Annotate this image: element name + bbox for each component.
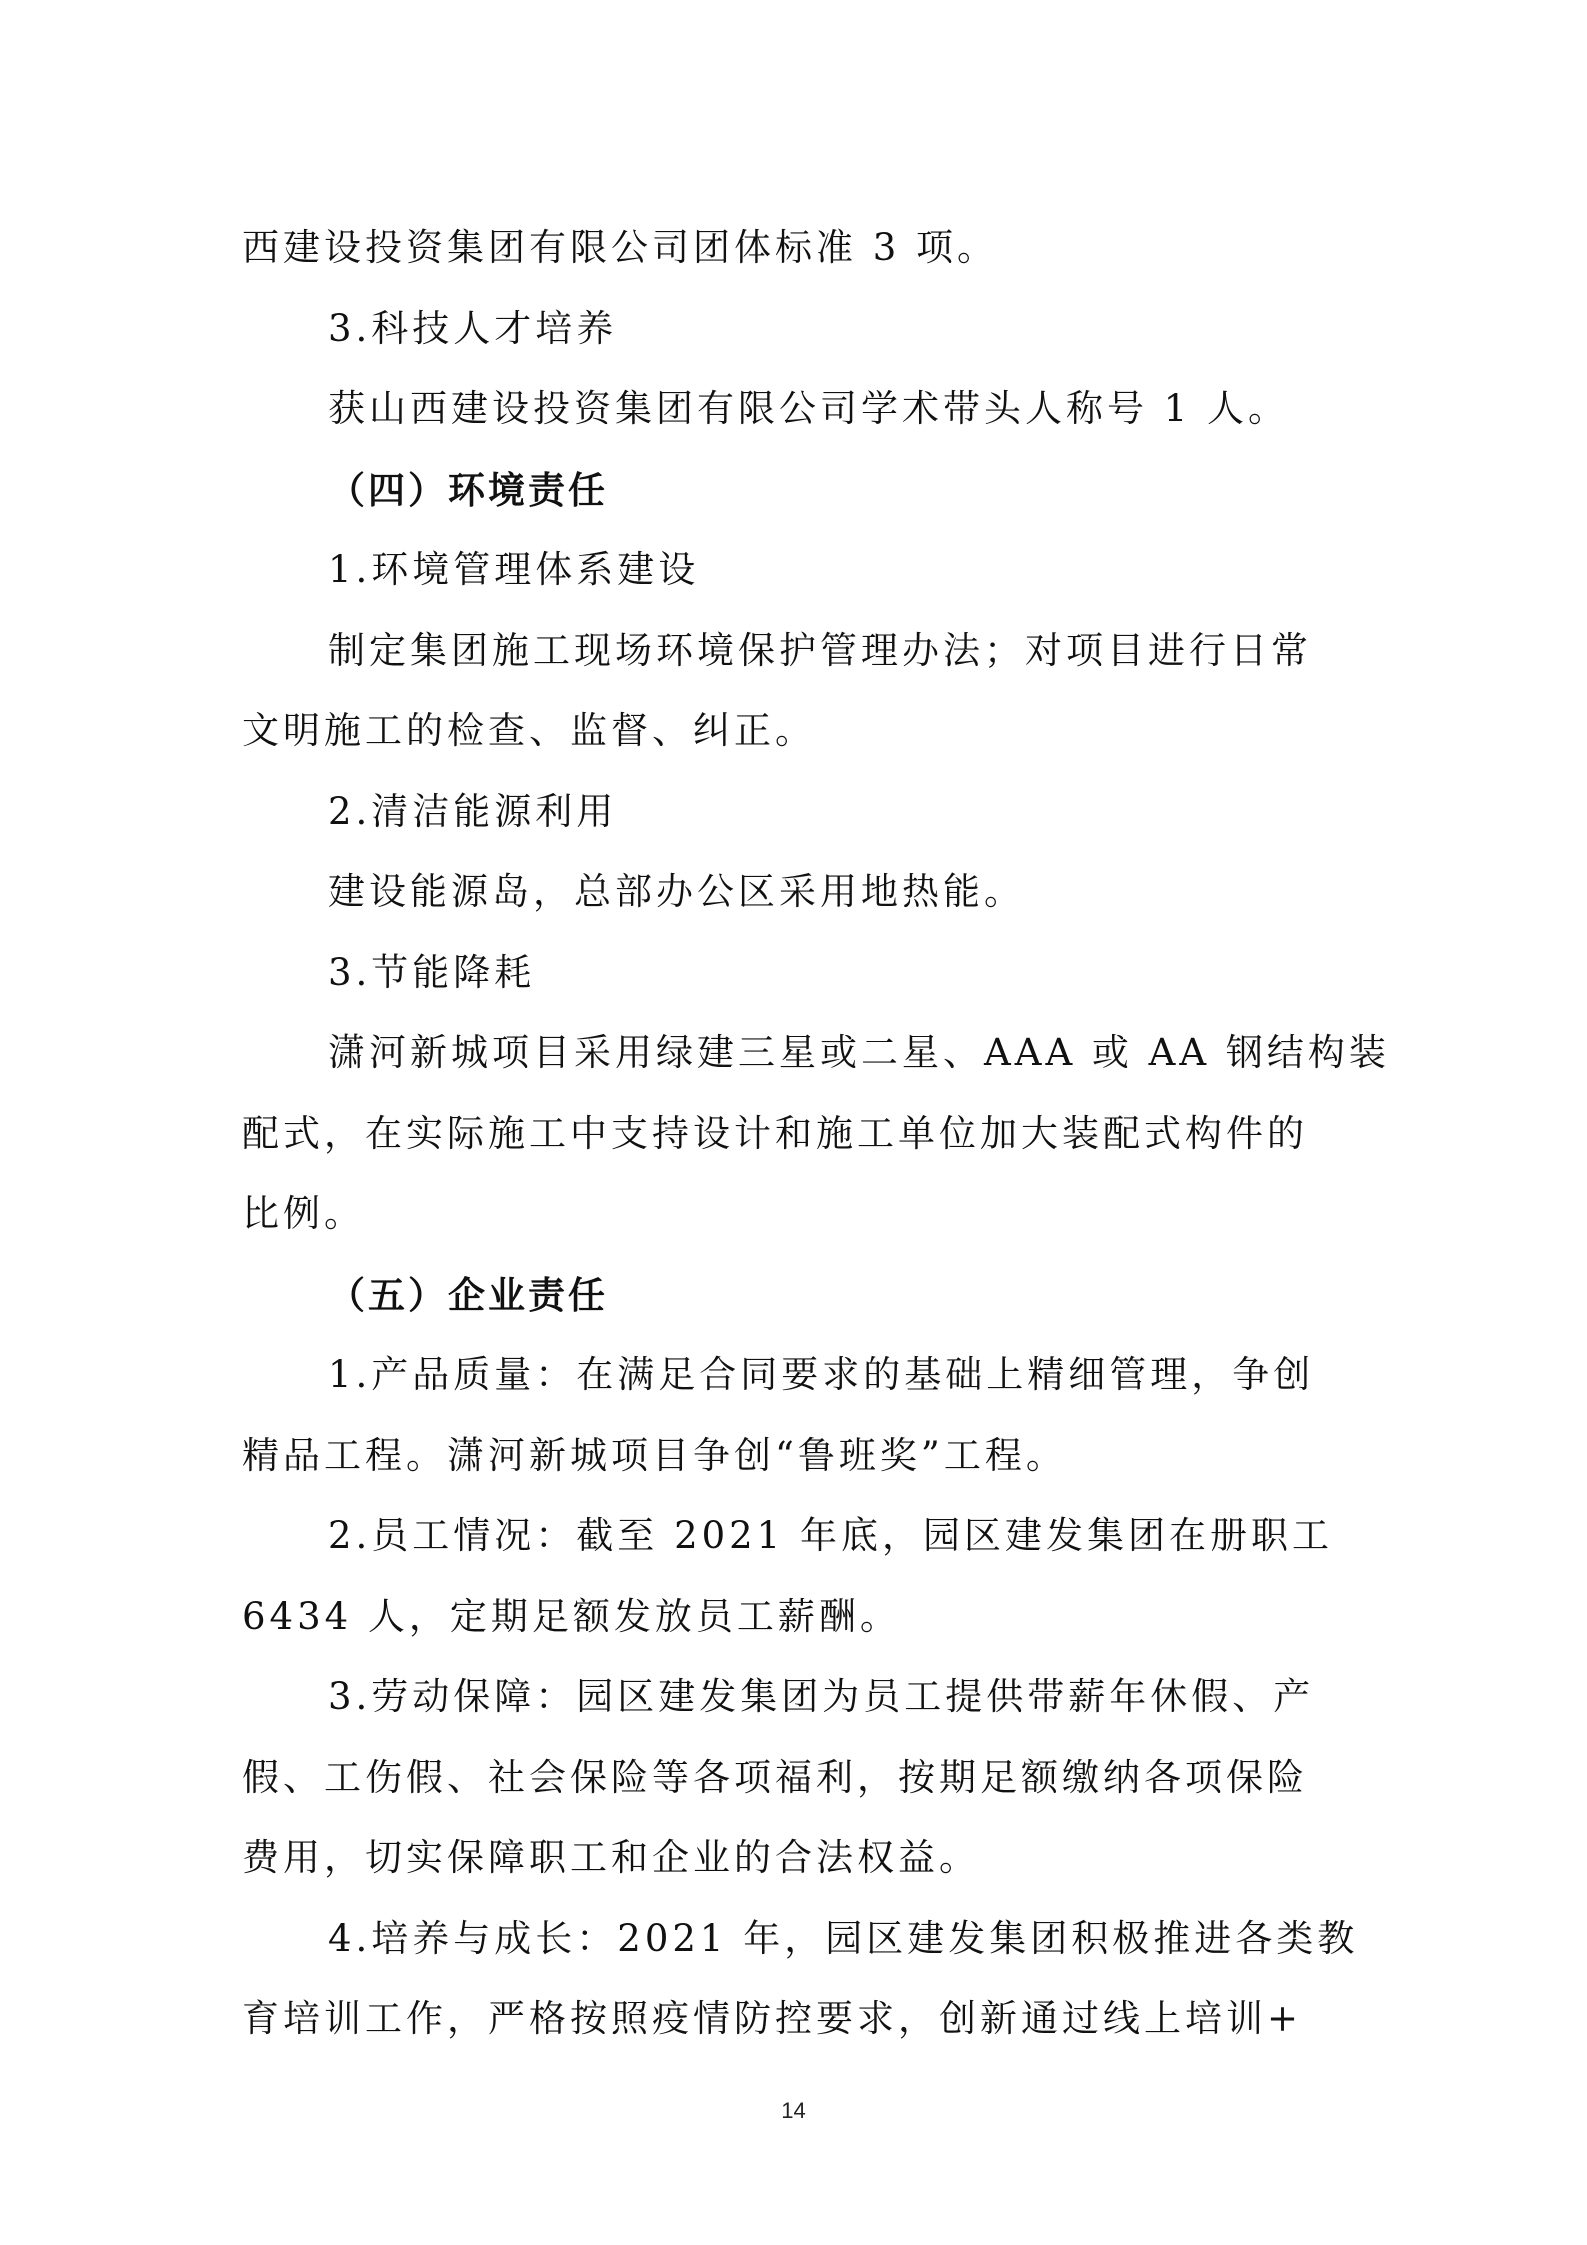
paragraph-continuation: 西建设投资集团有限公司团体标准 3 项。 [242,208,1352,289]
paragraph-continuation: 文明施工的检查、监督、纠正。 [242,691,1352,772]
section-heading: （五）企业责任 [242,1255,1352,1336]
paragraph: 制定集团施工现场环境保护管理办法；对项目进行日常 [242,611,1352,692]
section-heading: （四）环境责任 [242,450,1352,531]
paragraph: 获山西建设投资集团有限公司学术带头人称号 1 人。 [242,369,1352,450]
document-page: 西建设投资集团有限公司团体标准 3 项。 3.科技人才培养 获山西建设投资集团有… [242,208,1352,2060]
subsection-title: 3.节能降耗 [242,933,1352,1014]
subsection-title: 2.清洁能源利用 [242,772,1352,853]
page-number: 14 [0,2098,1587,2124]
paragraph-continuation: 比例。 [242,1174,1352,1255]
paragraph-continuation: 配式，在实际施工中支持设计和施工单位加大装配式构件的 [242,1094,1352,1175]
paragraph: 建设能源岛，总部办公区采用地热能。 [242,852,1352,933]
paragraph: 1.产品质量：在满足合同要求的基础上精细管理，争创 [242,1335,1352,1416]
subsection-title: 1.环境管理体系建设 [242,530,1352,611]
paragraph-continuation: 6434 人，定期足额发放员工薪酬。 [242,1577,1352,1658]
paragraph-continuation: 假、工伤假、社会保险等各项福利，按期足额缴纳各项保险 [242,1738,1352,1819]
paragraph-continuation: 育培训工作，严格按照疫情防控要求，创新通过线上培训+ [242,1979,1352,2060]
paragraph-continuation: 费用，切实保障职工和企业的合法权益。 [242,1818,1352,1899]
paragraph: 2.员工情况：截至 2021 年底，园区建发集团在册职工 [242,1496,1352,1577]
paragraph-continuation: 精品工程。潇河新城项目争创“鲁班奖”工程。 [242,1416,1352,1497]
paragraph: 4.培养与成长：2021 年，园区建发集团积极推进各类教 [242,1899,1352,1980]
subsection-title: 3.科技人才培养 [242,289,1352,370]
paragraph: 3.劳动保障：园区建发集团为员工提供带薪年休假、产 [242,1657,1352,1738]
paragraph: 潇河新城项目采用绿建三星或二星、AAA 或 AA 钢结构装 [242,1013,1352,1094]
